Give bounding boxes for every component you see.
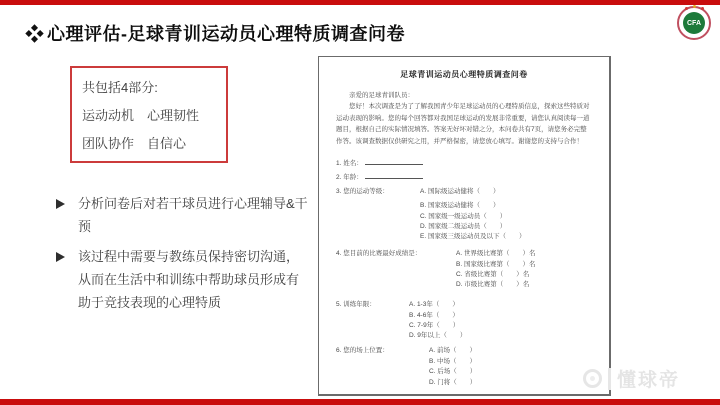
blank-underline <box>365 172 423 179</box>
cfa-logo-text: CFA <box>687 20 701 27</box>
top-accent-bar <box>0 0 720 5</box>
question-option: C. 国家级一级运动员（ ） <box>420 211 599 220</box>
question-label: 1. 姓名： <box>336 160 363 167</box>
question-option: D. 门将（ ） <box>429 377 599 386</box>
question-label: 5. 训练年限： <box>336 301 376 308</box>
arrowhead-bullet-icon <box>56 199 65 209</box>
questionnaire-intro-line: 运动表现的影响。您的每个回答都对我国足球运动的发展非常重要，请您认真阅读每一道 <box>336 113 599 122</box>
question-option: D. 9年以上（ ） <box>409 330 599 339</box>
bullet-list: 分析问卷后对若干球员进行心理辅导&干预 该过程中需要与教练员保持密切沟通，从而在… <box>56 192 296 321</box>
summary-box: 共包括4部分: 运动动机 心理韧性 团队协作 自信心 <box>70 66 228 163</box>
summary-line: 运动动机 心理韧性 <box>82 105 216 124</box>
logo-dot <box>701 7 704 10</box>
question-training-years: 5. 训练年限： A. 1-3年（ ） <box>336 299 599 308</box>
question-name: 1. 姓名： <box>336 158 599 167</box>
blank-underline <box>365 158 423 165</box>
question-option: C. 省级比赛第（ ）名 <box>456 269 599 278</box>
question-option: C. 后场（ ） <box>429 366 599 375</box>
cfa-logo-crest: CFA <box>683 12 705 34</box>
question-option: C. 7-9年（ ） <box>409 320 599 329</box>
question-option: D. 市级比赛第（ ）名 <box>456 279 599 288</box>
questionnaire-intro-line: 题目，根据自己的实际情况填答。答案无好坏对错之分，本问卷共有7页，请您务必完整 <box>336 124 599 133</box>
watermark-camera-icon <box>583 369 602 388</box>
bottom-accent-bar <box>0 399 720 405</box>
questionnaire-document: 足球青训运动员心理特质调查问卷 亲爱的足球青训队员： 您好！本次调查是为了了解我… <box>318 56 611 396</box>
question-option: A. 前场（ ） <box>429 345 476 354</box>
logo-dot <box>693 5 696 8</box>
questionnaire-title: 足球青训运动员心理特质调查问卷 <box>319 69 609 80</box>
bullet-text: 分析问卷后对若干球员进行心理辅导&干预 <box>78 196 308 234</box>
slide-canvas: 心理评估-足球青训运动员心理特质调查问卷 CFA 共包括4部分: 运动动机 心理… <box>0 0 720 405</box>
arrowhead-bullet-icon <box>56 252 65 262</box>
cfa-logo: CFA <box>677 6 711 40</box>
question-option: A. 世界级比赛第（ ）名 <box>456 248 535 257</box>
question-option: B. 中场（ ） <box>429 356 599 365</box>
diamond-bullet-icon <box>25 24 43 42</box>
questionnaire-salutation: 亲爱的足球青训队员： <box>349 90 599 99</box>
question-label: 2. 年龄： <box>336 174 363 181</box>
video-watermark: 懂球帝 <box>583 365 680 392</box>
question-option: D. 国家级二级运动员（ ） <box>420 221 599 230</box>
question-option: B. 4-6年（ ） <box>409 310 599 319</box>
question-option: B. 国家级比赛第（ ）名 <box>456 259 599 268</box>
question-label: 4. 您目前的比赛最好成绩是： <box>336 250 421 257</box>
question-option: B. 国家级运动健将（ ） <box>420 200 599 209</box>
watermark-text: 懂球帝 <box>617 365 680 392</box>
page-title: 心理评估-足球青训运动员心理特质调查问卷 <box>28 20 405 46</box>
question-option: E. 国家级三级运动员及以下（ ） <box>420 231 599 240</box>
logo-dot <box>685 7 688 10</box>
question-label: 3. 您的运动等级： <box>336 188 389 195</box>
questionnaire-intro-line: 您好！本次调查是为了了解我国青少年足球运动员的心理特质信息，探索这些特质对 <box>349 101 599 110</box>
question-option: A. 1-3年（ ） <box>409 299 459 308</box>
question-level: 3. 您的运动等级： A. 国际级运动健将（ ） <box>336 186 599 195</box>
question-option: A. 国际级运动健将（ ） <box>420 186 499 195</box>
bullet-item: 该过程中需要与教练员保持密切沟通，从而在生活中和训练中帮助球员形成有助于竞技表现… <box>56 245 310 314</box>
summary-line: 团队协作 自信心 <box>82 133 216 152</box>
question-position: 6. 您的场上位置： A. 前场（ ） <box>336 345 599 354</box>
summary-line: 共包括4部分: <box>82 77 216 96</box>
question-label: 6. 您的场上位置： <box>336 347 389 354</box>
page-title-text: 心理评估-足球青训运动员心理特质调查问卷 <box>47 20 405 46</box>
bullet-item: 分析问卷后对若干球员进行心理辅导&干预 <box>56 192 310 238</box>
questionnaire-intro-line: 作答。该调查数据仅供研究之用，并严格保密，请您放心填写。谢谢您的支持与合作！ <box>336 136 599 145</box>
watermark-divider <box>608 368 611 390</box>
question-best-result: 4. 您目前的比赛最好成绩是： A. 世界级比赛第（ ）名 <box>336 248 599 257</box>
question-age: 2. 年龄： <box>336 172 599 181</box>
bullet-text: 该过程中需要与教练员保持密切沟通，从而在生活中和训练中帮助球员形成有助于竞技表现… <box>78 249 299 310</box>
